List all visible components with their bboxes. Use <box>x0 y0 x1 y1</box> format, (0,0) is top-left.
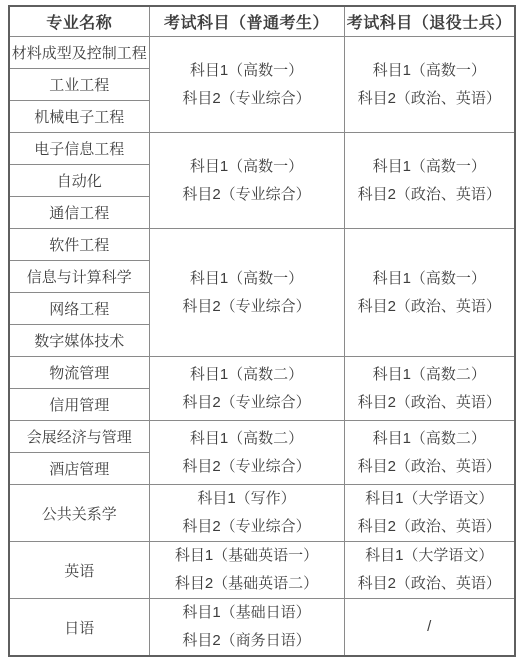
major-cell: 酒店管理 <box>9 453 149 485</box>
subject-line: 科目1（高数一） <box>345 57 515 85</box>
subject-line: 科目1（基础日语） <box>150 599 344 627</box>
major-cell: 日语 <box>9 599 149 657</box>
subject-line: 科目2（政治、英语） <box>345 181 515 209</box>
general-subjects-cell: 科目1（高数二） 科目2（专业综合） <box>149 357 344 421</box>
general-subjects-cell: 科目1（基础英语一） 科目2（基础英语二） <box>149 542 344 599</box>
table-row: 物流管理 科目1（高数二） 科目2（专业综合） 科目1（高数二） 科目2（政治、… <box>9 357 515 389</box>
header-row: 专业名称 考试科目（普通考生） 考试科目（退役士兵） <box>9 6 515 37</box>
veteran-subjects-cell: 科目1（高数一） 科目2（政治、英语） <box>344 229 515 357</box>
subject-line: 科目2（政治、英语） <box>345 389 515 417</box>
table-row: 日语 科目1（基础日语） 科目2（商务日语） / <box>9 599 515 657</box>
major-cell: 材料成型及控制工程 <box>9 37 149 69</box>
subject-line: 科目2（专业综合） <box>150 513 344 541</box>
table-row: 会展经济与管理 科目1（高数二） 科目2（专业综合） 科目1（高数二） 科目2（… <box>9 421 515 453</box>
veteran-subjects-cell: 科目1（大学语文） 科目2（政治、英语） <box>344 485 515 542</box>
subject-line: 科目2（专业综合） <box>150 453 344 481</box>
major-cell: 信息与计算科学 <box>9 261 149 293</box>
table-row: 材料成型及控制工程 科目1（高数一） 科目2（专业综合） 科目1（高数一） 科目… <box>9 37 515 69</box>
column-header-major: 专业名称 <box>9 6 149 37</box>
subject-line: 科目2（专业综合） <box>150 389 344 417</box>
subject-line: 科目2（政治、英语） <box>345 85 515 113</box>
subject-line: 科目1（大学语文） <box>345 542 515 570</box>
veteran-subjects-cell: 科目1（高数一） 科目2（政治、英语） <box>344 37 515 133</box>
subject-line: 科目1（大学语文） <box>345 485 515 513</box>
major-cell: 网络工程 <box>9 293 149 325</box>
subject-line: 科目1（高数一） <box>150 265 344 293</box>
major-cell: 软件工程 <box>9 229 149 261</box>
subject-line: 科目2（基础英语二） <box>150 570 344 598</box>
subject-line: / <box>345 613 515 641</box>
subject-line: 科目2（政治、英语） <box>345 293 515 321</box>
subject-line: 科目2（政治、英语） <box>345 453 515 481</box>
table-row: 公共关系学 科目1（写作） 科目2（专业综合） 科目1（大学语文） 科目2（政治… <box>9 485 515 542</box>
veteran-subjects-cell: 科目1（高数二） 科目2（政治、英语） <box>344 421 515 485</box>
major-cell: 物流管理 <box>9 357 149 389</box>
general-subjects-cell: 科目1（高数一） 科目2（专业综合） <box>149 133 344 229</box>
major-cell: 英语 <box>9 542 149 599</box>
table-row: 英语 科目1（基础英语一） 科目2（基础英语二） 科目1（大学语文） 科目2（政… <box>9 542 515 599</box>
subject-line: 科目1（高数一） <box>150 153 344 181</box>
general-subjects-cell: 科目1（写作） 科目2（专业综合） <box>149 485 344 542</box>
major-cell: 机械电子工程 <box>9 101 149 133</box>
subject-line: 科目1（高数二） <box>345 425 515 453</box>
general-subjects-cell: 科目1（高数一） 科目2（专业综合） <box>149 229 344 357</box>
veteran-subjects-cell: / <box>344 599 515 657</box>
major-cell: 信用管理 <box>9 389 149 421</box>
general-subjects-cell: 科目1（基础日语） 科目2（商务日语） <box>149 599 344 657</box>
subject-line: 科目1（高数一） <box>345 153 515 181</box>
subject-line: 科目1（高数二） <box>150 361 344 389</box>
major-cell: 电子信息工程 <box>9 133 149 165</box>
subject-line: 科目1（高数二） <box>150 425 344 453</box>
subject-line: 科目2（专业综合） <box>150 293 344 321</box>
subject-line: 科目2（商务日语） <box>150 627 344 655</box>
subject-line: 科目1（基础英语一） <box>150 542 344 570</box>
subject-line: 科目2（政治、英语） <box>345 513 515 541</box>
subject-line: 科目1（高数一） <box>150 57 344 85</box>
subject-line: 科目2（专业综合） <box>150 181 344 209</box>
exam-subjects-table: 专业名称 考试科目（普通考生） 考试科目（退役士兵） 材料成型及控制工程 科目1… <box>8 5 516 657</box>
general-subjects-cell: 科目1（高数一） 科目2（专业综合） <box>149 37 344 133</box>
major-cell: 数字媒体技术 <box>9 325 149 357</box>
table-row: 电子信息工程 科目1（高数一） 科目2（专业综合） 科目1（高数一） 科目2（政… <box>9 133 515 165</box>
veteran-subjects-cell: 科目1（高数一） 科目2（政治、英语） <box>344 133 515 229</box>
subject-line: 科目1（高数二） <box>345 361 515 389</box>
table-row: 软件工程 科目1（高数一） 科目2（专业综合） 科目1（高数一） 科目2（政治、… <box>9 229 515 261</box>
subject-line: 科目2（专业综合） <box>150 85 344 113</box>
column-header-veteran: 考试科目（退役士兵） <box>344 6 515 37</box>
subject-line: 科目2（政治、英语） <box>345 570 515 598</box>
major-cell: 工业工程 <box>9 69 149 101</box>
veteran-subjects-cell: 科目1（高数二） 科目2（政治、英语） <box>344 357 515 421</box>
major-cell: 自动化 <box>9 165 149 197</box>
major-cell: 会展经济与管理 <box>9 421 149 453</box>
general-subjects-cell: 科目1（高数二） 科目2（专业综合） <box>149 421 344 485</box>
veteran-subjects-cell: 科目1（大学语文） 科目2（政治、英语） <box>344 542 515 599</box>
subject-line: 科目1（高数一） <box>345 265 515 293</box>
column-header-general: 考试科目（普通考生） <box>149 6 344 37</box>
major-cell: 公共关系学 <box>9 485 149 542</box>
major-cell: 通信工程 <box>9 197 149 229</box>
subject-line: 科目1（写作） <box>150 485 344 513</box>
